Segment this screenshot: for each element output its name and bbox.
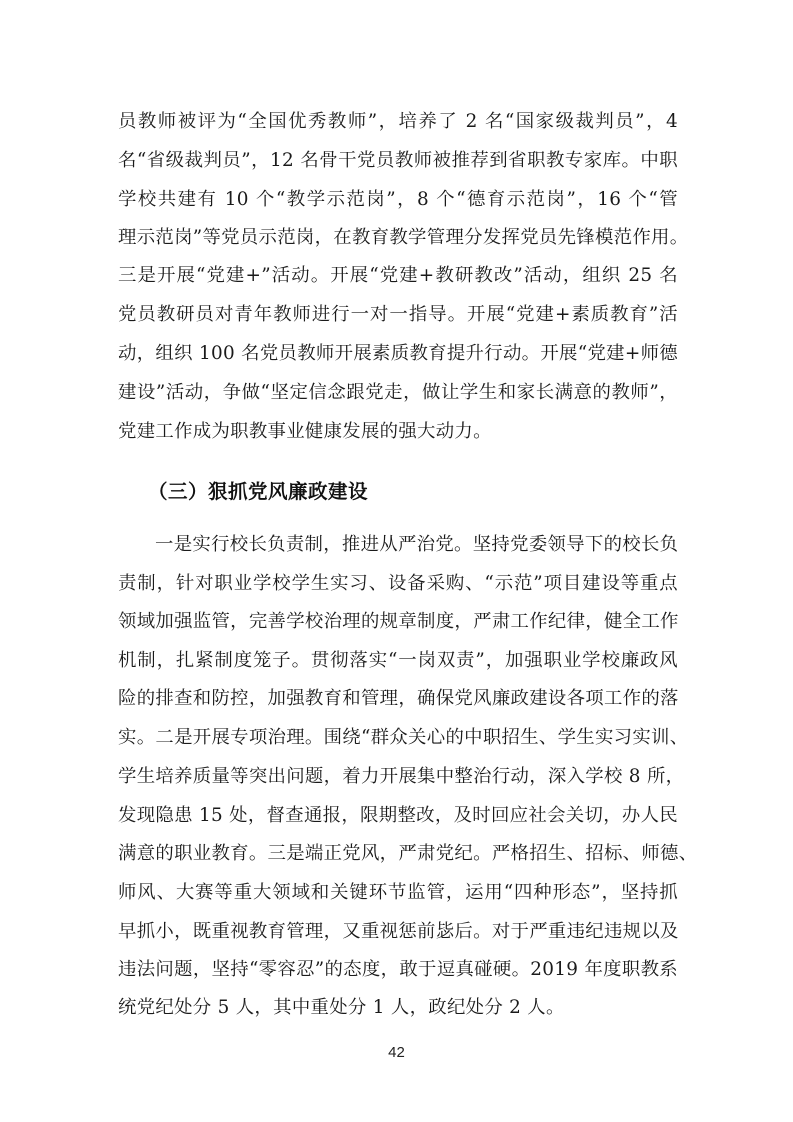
body-line: 党员教研员对青年教师进行一对一指导。开展“党建+素质教育”活 [118, 303, 678, 327]
body-line: 一是实行校长负责制，推进从严治党。坚持党委领导下的校长负 [155, 533, 678, 557]
body-line: 实。二是开展专项治理。围绕“群众关心的中职招生、学生实习实训、 [118, 726, 678, 750]
body-line: 学校共建有 10 个“教学示范岗”，8 个“德育示范岗”，16 个“管 [118, 188, 678, 212]
body-line: 早抓小，既重视教育管理，又重视惩前毖后。对于严重违纪违规以及 [118, 920, 678, 944]
body-line: 名“省级裁判员”，12 名骨干党员教师被推荐到省职教专家库。中职 [118, 149, 678, 173]
body-line: 动，组织 100 名党员教师开展素质教育提升行动。开展“党建+师德 [118, 342, 678, 366]
document-page: 员教师被评为“全国优秀教师”，培养了 2 名“国家级裁判员”，4 名“省级裁判员… [0, 0, 793, 1122]
body-line: 责制，针对职业学校学生实习、设备采购、“示范”项目建设等重点 [118, 572, 678, 596]
body-line: 员教师被评为“全国优秀教师”，培养了 2 名“国家级裁判员”，4 [118, 110, 678, 134]
body-line: 发现隐患 15 处，督查通报，限期整改，及时回应社会关切，办人民 [118, 804, 678, 828]
body-line: 统党纪处分 5 人，其中重处分 1 人，政纪处分 2 人。 [118, 996, 678, 1020]
body-line: 领域加强监管，完善学校治理的规章制度，严肃工作纪律，健全工作 [118, 610, 678, 634]
body-line: 建设”活动，争做“坚定信念跟党走，做让学生和家长满意的教师”， [118, 381, 678, 405]
body-line: 学生培养质量等突出问题，着力开展集中整治行动，深入学校 8 所， [118, 765, 678, 789]
body-line: 三是开展“党建+”活动。开展“党建+教研教改”活动，组织 25 名 [118, 264, 678, 288]
body-line: 党建工作成为职教事业健康发展的强大动力。 [118, 420, 678, 444]
body-line: 机制，扎紧制度笼子。贯彻落实“一岗双责”，加强职业学校廉政风 [118, 649, 678, 673]
body-line: 违法问题，坚持“零容忍”的态度，敢于逗真碰硬。2019 年度职教系 [118, 958, 678, 982]
body-line: 险的排查和防控，加强教育和管理，确保党风廉政建设各项工作的落 [118, 687, 678, 711]
page-number: 42 [0, 1044, 793, 1061]
body-line: 满意的职业教育。三是端正党风，严肃党纪。严格招生、招标、师德、 [118, 842, 678, 866]
section-heading: （三）狠抓党风廉政建设 [148, 476, 368, 504]
body-line: 师风、大赛等重大领域和关键环节监管，运用“四种形态”，坚持抓 [118, 881, 678, 905]
body-line: 理示范岗”等党员示范岗，在教育教学管理分发挥党员先锋模范作用。 [118, 226, 678, 250]
